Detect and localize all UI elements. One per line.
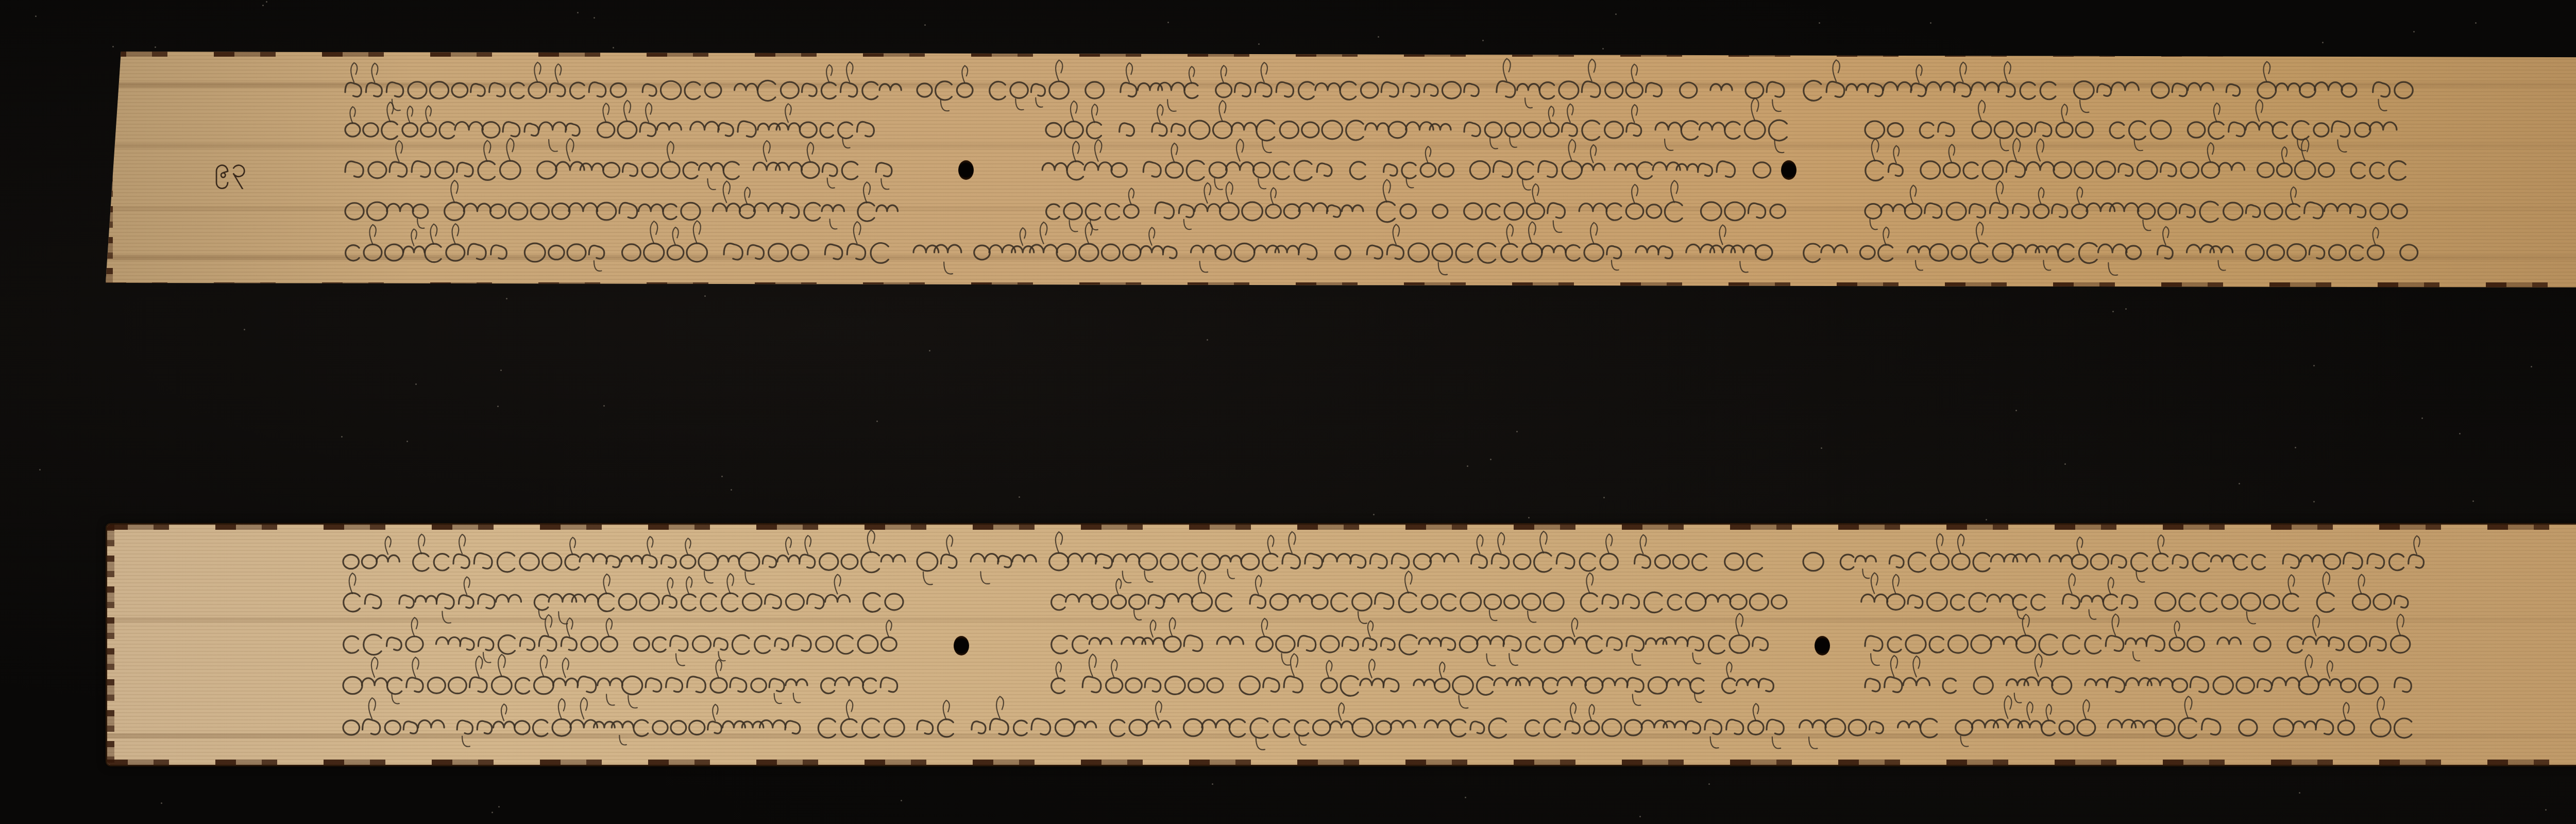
dust-speck bbox=[1465, 797, 1466, 798]
dust-speck bbox=[1258, 43, 1260, 45]
dust-speck bbox=[2459, 433, 2461, 434]
dust-speck bbox=[1378, 36, 1379, 38]
dust-speck bbox=[1602, 48, 1604, 49]
palm-leaf-bottom bbox=[107, 525, 2576, 765]
dust-speck bbox=[2295, 447, 2296, 448]
dust-speck bbox=[2112, 311, 2114, 312]
dust-speck bbox=[1708, 783, 1710, 785]
dust-speck bbox=[2531, 366, 2532, 367]
dust-speck bbox=[1167, 22, 1169, 23]
dust-speck bbox=[924, 24, 926, 26]
palm-leaf-top: ၉၃ bbox=[106, 52, 2576, 288]
string-hole bbox=[1781, 160, 1797, 180]
dust-speck bbox=[2125, 308, 2127, 310]
dust-speck bbox=[244, 329, 245, 330]
dust-speck bbox=[704, 295, 706, 297]
dust-speck bbox=[262, 5, 264, 6]
dust-speck bbox=[2475, 22, 2477, 24]
dust-speck bbox=[161, 802, 162, 804]
manuscript-text-bottom-leaf bbox=[107, 525, 2576, 765]
leaf-page-number: ၉၃ bbox=[214, 150, 248, 191]
dust-speck bbox=[1490, 459, 1492, 460]
string-hole bbox=[1815, 636, 1830, 655]
dust-speck bbox=[1528, 517, 1530, 518]
string-hole bbox=[954, 636, 969, 655]
dust-speck bbox=[2239, 483, 2240, 484]
string-hole bbox=[958, 160, 974, 180]
dust-speck bbox=[341, 436, 343, 438]
dust-speck bbox=[1212, 783, 1213, 785]
dust-speck bbox=[1467, 465, 1468, 467]
manuscript-text-top-leaf bbox=[106, 52, 2576, 288]
dust-speck bbox=[2299, 792, 2300, 794]
dust-speck bbox=[39, 469, 41, 470]
dust-speck bbox=[2421, 417, 2423, 419]
dust-speck bbox=[901, 800, 902, 801]
dust-speck bbox=[266, 1, 267, 3]
dust-speck bbox=[929, 350, 930, 351]
dust-speck bbox=[1516, 431, 1518, 432]
